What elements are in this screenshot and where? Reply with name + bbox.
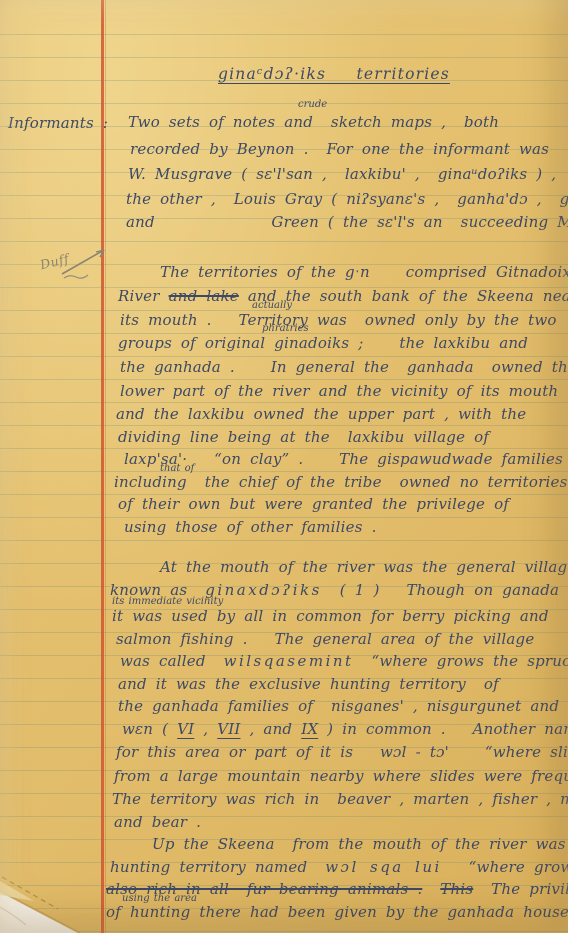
handwritten-line: from a large mountain nearby where slide… [114, 766, 568, 786]
handwritten-line: for this area or part of it is wɔl - tɔ'… [116, 742, 568, 762]
handwritten-line: and the laxkibu owned the upper part , w… [116, 404, 526, 424]
handwritten-line: River and lake and the south bank of the… [118, 286, 568, 306]
handwritten-line: and it was the exclusive hunting territo… [118, 674, 499, 694]
handwritten-line: the ganhada families of nisganes' , nisg… [118, 696, 559, 716]
handwritten-line: of their own but were granted the privil… [118, 494, 509, 514]
scanned-notebook-page: ginaᶜdɔʔ·iks territoriesInformants :crud… [0, 0, 568, 933]
handwritten-line: using those of other families . [124, 517, 377, 537]
handwritten-line: its mouth . Territory was owned only by … [120, 310, 557, 330]
handwritten-line: including the chief of the tribe owned n… [114, 472, 567, 492]
torn-corner [0, 863, 110, 933]
handwritten-line: groups of original ginadoiks ; the laxki… [118, 333, 528, 353]
red-margin-line [101, 0, 104, 933]
document-title: ginaᶜdɔʔ·iks territories [218, 64, 450, 84]
handwritten-line: W. Musgrave ( sɛ'l'san , laxkibu' , gina… [128, 164, 568, 184]
handwritten-line: salmon fishing . The general area of the… [116, 629, 534, 649]
handwritten-line: At the mouth of the river was the genera… [160, 557, 568, 577]
handwritten-line: Up the Skeena from the mouth of the rive… [152, 834, 568, 854]
handwritten-line: The territory was rich in beaver , marte… [112, 789, 568, 809]
handwritten-line: and bear . [114, 812, 201, 832]
handwritten-line: of hunting there had been given by the g… [106, 902, 568, 922]
red-margin-line-echo [105, 0, 106, 933]
handwritten-line: and Green ( the sɛ'l's an succeeding Mus… [126, 212, 568, 232]
handwritten-line: dividing line being at the laxkibu villa… [118, 427, 489, 447]
insertion-crude: crude [298, 99, 327, 110]
handwritten-line: lower part of the river and the vicinity… [120, 381, 558, 401]
handwritten-line: the ganhada . In general the ganhada own… [120, 357, 568, 377]
informants-label: Informants : [8, 113, 108, 133]
handwritten-line: it was used by all in common for berry p… [112, 606, 549, 626]
handwritten-line: hunting territory named wɔl sqa lui “whe… [110, 857, 568, 877]
handwritten-line: recorded by Beynon . For one the informa… [130, 139, 549, 159]
handwritten-line: Two sets of notes and sketch maps , both [128, 112, 499, 132]
handwritten-line: the other , Louis Gray ( niʔsyanɛ's , ga… [126, 189, 568, 209]
handwritten-line: wεn ( VI , VII , and IX ) in common . An… [122, 719, 568, 739]
handwritten-line: was called wilsqasemint “where grows the… [120, 651, 568, 671]
handwritten-line: The territories of the gˑn comprised Git… [160, 262, 568, 282]
